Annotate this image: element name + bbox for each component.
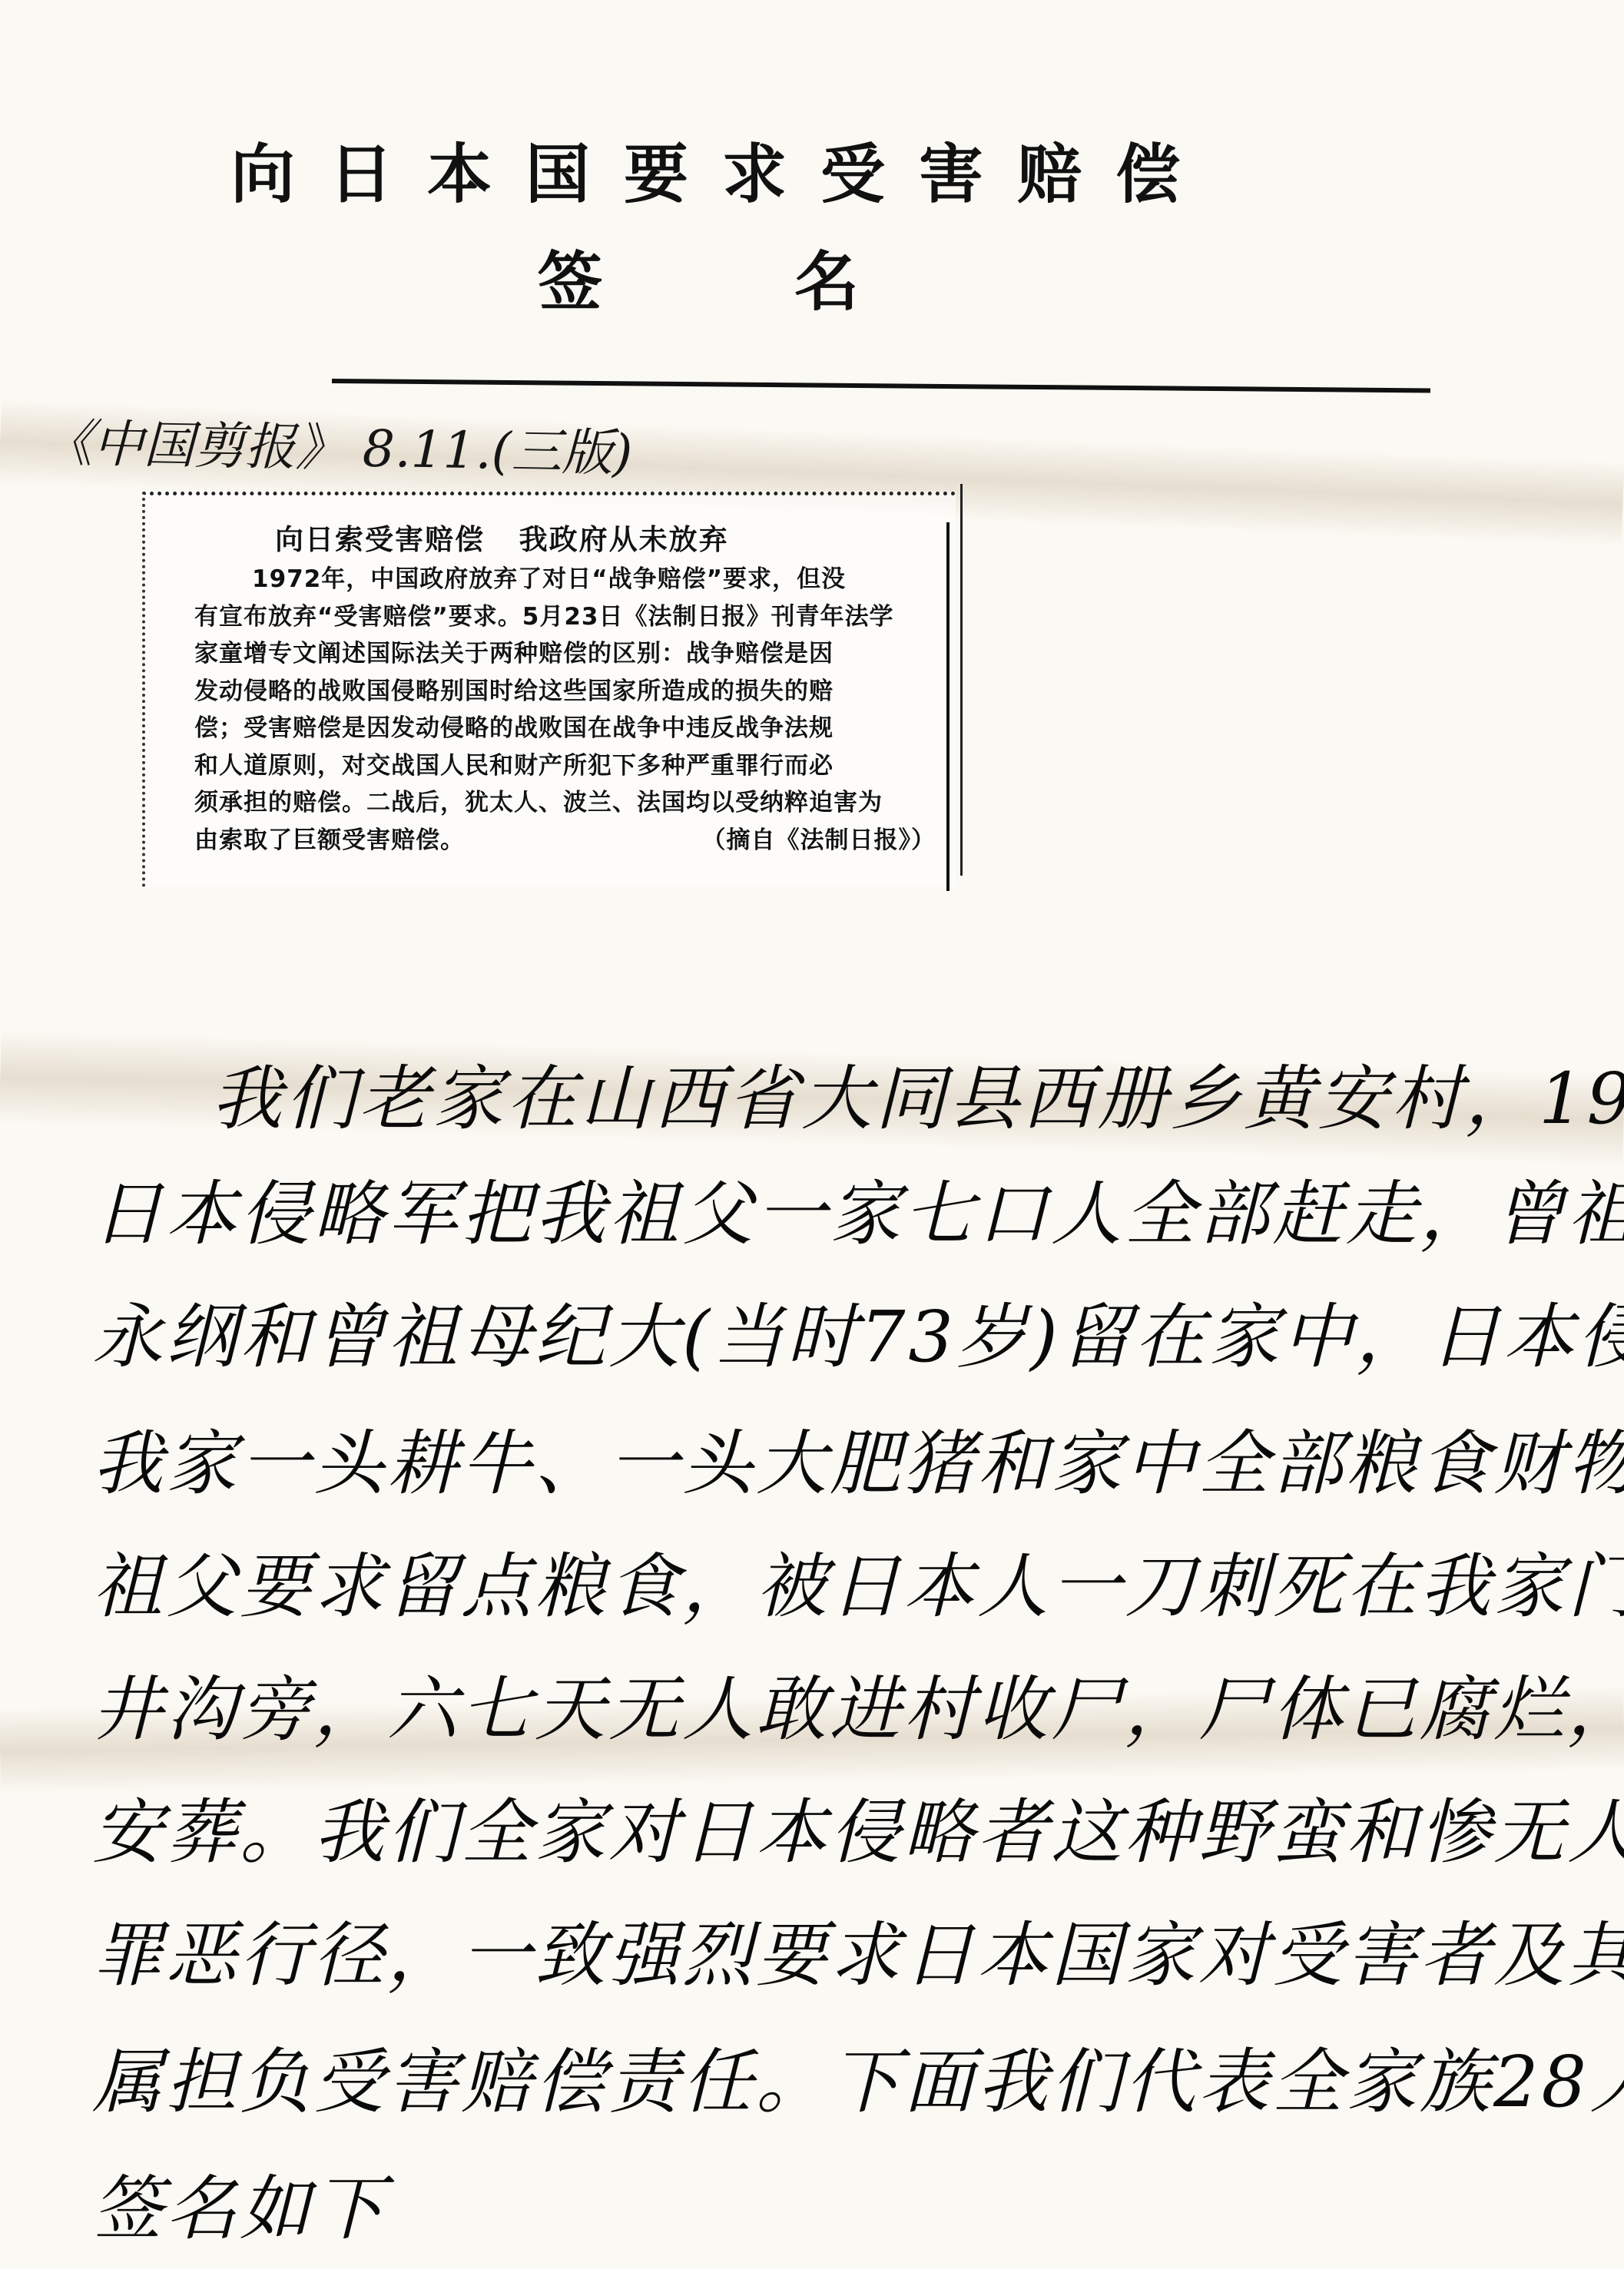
handwritten-line: 井沟旁，六七天无人敢进村收尸，尸体已腐烂，才抬出去: [92, 1674, 1598, 1745]
clipping-line: 偿；受害赔偿是因发动侵略的战败国在战争中违反战争法规: [194, 710, 951, 747]
subtitle-char-sign: 签: [538, 230, 602, 323]
handwritten-line: 我家一头耕牛、一头大肥猪和家中全部粮食财物。曾: [92, 1429, 1598, 1499]
clipping-attribution: （摘自《法制日报》）: [702, 822, 936, 860]
handwritten-line: 签名如下: [92, 2174, 1598, 2244]
document-title: 向日本国要求受害赔偿: [230, 123, 1245, 216]
clipping-line-last: 由索取了巨额受害赔偿。 （摘自《法制日报》）: [194, 822, 951, 860]
handwritten-line: 属担负受害赔偿责任。下面我们代表全家族28人: [92, 2047, 1598, 2118]
clipping-line: 1972年，中国政府放弃了对日“战争赔偿”要求，但没: [194, 561, 951, 598]
signature-line: [332, 379, 1430, 393]
document-subtitle: 签名: [538, 230, 859, 323]
handwritten-line: 我们老家在山西省大同县西册乡黄安村，1939年: [211, 1064, 1624, 1134]
handwritten-line: 罪恶行径，一致强烈要求日本国家对受害者及其亲: [92, 1920, 1598, 1991]
clipping-line: 发动侵略的战败国侵略别国时给这些国家所造成的损失的赔: [194, 673, 951, 711]
clipping-headline: 向日索受害赔偿 我政府从未放弃: [275, 516, 729, 558]
handwritten-line: 日本侵略军把我祖父一家七口人全部赶走，曾祖父黄: [92, 1179, 1598, 1250]
subtitle-char-name: 名: [794, 230, 859, 323]
clipping-source-note: 《中国剪报》 8.11.(三版): [41, 402, 633, 485]
clipping-line: 和人道原则，对交战国人民和财产所犯下多种严重罪行而必: [194, 747, 951, 785]
clipping-line: 须承担的赔偿。二战后，犹太人、波兰、法国均以受纳粹迫害为: [194, 784, 951, 822]
clipping-line: 有宣布放弃“受害赔偿”要求。5月23日《法制日报》刊青年法学: [194, 598, 951, 636]
clipping-line: 家童增专文阐述国际法关于两种赔偿的区别：战争赔偿是因: [194, 635, 951, 673]
clipping-body: 1972年，中国政府放弃了对日“战争赔偿”要求，但没 有宣布放弃“受害赔偿”要求…: [194, 561, 951, 859]
handwritten-line: 祖父要求留点粮食，被日本人一刀刺死在我家门口的天: [92, 1552, 1598, 1622]
clipping-line: 由索取了巨额受害赔偿。: [194, 826, 465, 854]
handwritten-line: 永纲和曾祖母纪大(当时73岁)留在家中，日本侵略者抢走: [92, 1302, 1598, 1373]
handwritten-line: 安葬。我们全家对日本侵略者这种野蛮和惨无人道的: [92, 1797, 1598, 1868]
clipping-border: [960, 484, 963, 876]
